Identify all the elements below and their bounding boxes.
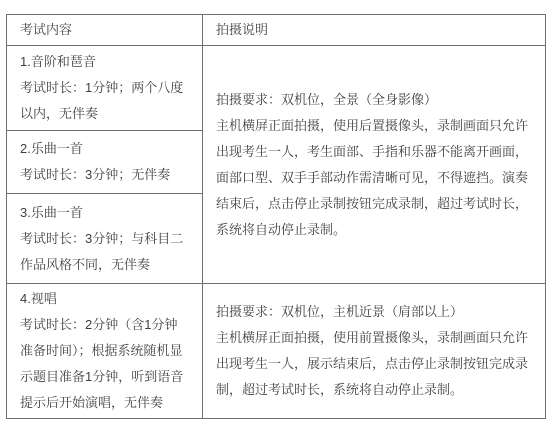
exam-item-1-title: 1.音阶和琶音: [20, 49, 189, 75]
shooting-details-item-4: 主机横屏正面拍摄，使用前置摄像头，录制画面只允许出现考生一人，展示结束后，点击停…: [216, 325, 532, 403]
exam-item-3-cell: 3.乐曲一首 考试时长：3分钟；与科目二作品风格不同，无伴奏: [7, 194, 203, 284]
exam-item-1-cell: 1.音阶和琶音 考试时长：1分钟；两个八度以内，无伴奏: [7, 46, 203, 131]
header-shooting-notes: 拍摄说明: [203, 15, 546, 46]
exam-item-1-duration: 考试时长：1分钟；两个八度以内，无伴奏: [20, 75, 189, 127]
exam-item-2-title: 2.乐曲一首: [20, 136, 189, 162]
shooting-requirement-item-4: 拍摄要求：双机位，主机近景（肩部以上）: [216, 299, 532, 325]
header-exam-content: 考试内容: [7, 15, 203, 46]
exam-item-4-duration: 考试时长：2分钟（含1分钟准备时间）；根据系统随机显示题目准备1分钟，听到语音提…: [20, 312, 189, 416]
exam-item-3-duration: 考试时长：3分钟；与科目二作品风格不同，无伴奏: [20, 226, 189, 278]
exam-item-2-duration: 考试时长：3分钟；无伴奏: [20, 162, 189, 188]
exam-instructions-table: 考试内容 拍摄说明 1.音阶和琶音 考试时长：1分钟；两个八度以内，无伴奏 拍摄…: [6, 14, 546, 419]
exam-item-3-title: 3.乐曲一首: [20, 200, 189, 226]
page: 考试内容 拍摄说明 1.音阶和琶音 考试时长：1分钟；两个八度以内，无伴奏 拍摄…: [0, 0, 555, 432]
exam-item-4-title: 4.视唱: [20, 286, 189, 312]
header-shooting-notes-label: 拍摄说明: [216, 17, 532, 43]
shooting-requirement-items-1-3: 拍摄要求：双机位，全景（全身影像）: [216, 87, 532, 113]
header-exam-content-label: 考试内容: [20, 17, 189, 43]
shooting-notes-items-1-3-cell: 拍摄要求：双机位，全景（全身影像） 主机横屏正面拍摄，使用后置摄像头，录制画面只…: [203, 46, 546, 284]
table-row-item-1: 1.音阶和琶音 考试时长：1分钟；两个八度以内，无伴奏 拍摄要求：双机位，全景（…: [7, 46, 546, 131]
shooting-notes-item-4-cell: 拍摄要求：双机位，主机近景（肩部以上） 主机横屏正面拍摄，使用前置摄像头，录制画…: [203, 284, 546, 419]
shooting-details-items-1-3: 主机横屏正面拍摄，使用后置摄像头，录制画面只允许出现考生一人，考生面部、手指和乐…: [216, 113, 532, 243]
exam-item-2-cell: 2.乐曲一首 考试时长：3分钟；无伴奏: [7, 131, 203, 194]
table-header-row: 考试内容 拍摄说明: [7, 15, 546, 46]
exam-item-4-cell: 4.视唱 考试时长：2分钟（含1分钟准备时间）；根据系统随机显示题目准备1分钟，…: [7, 284, 203, 419]
table-row-item-4: 4.视唱 考试时长：2分钟（含1分钟准备时间）；根据系统随机显示题目准备1分钟，…: [7, 284, 546, 419]
